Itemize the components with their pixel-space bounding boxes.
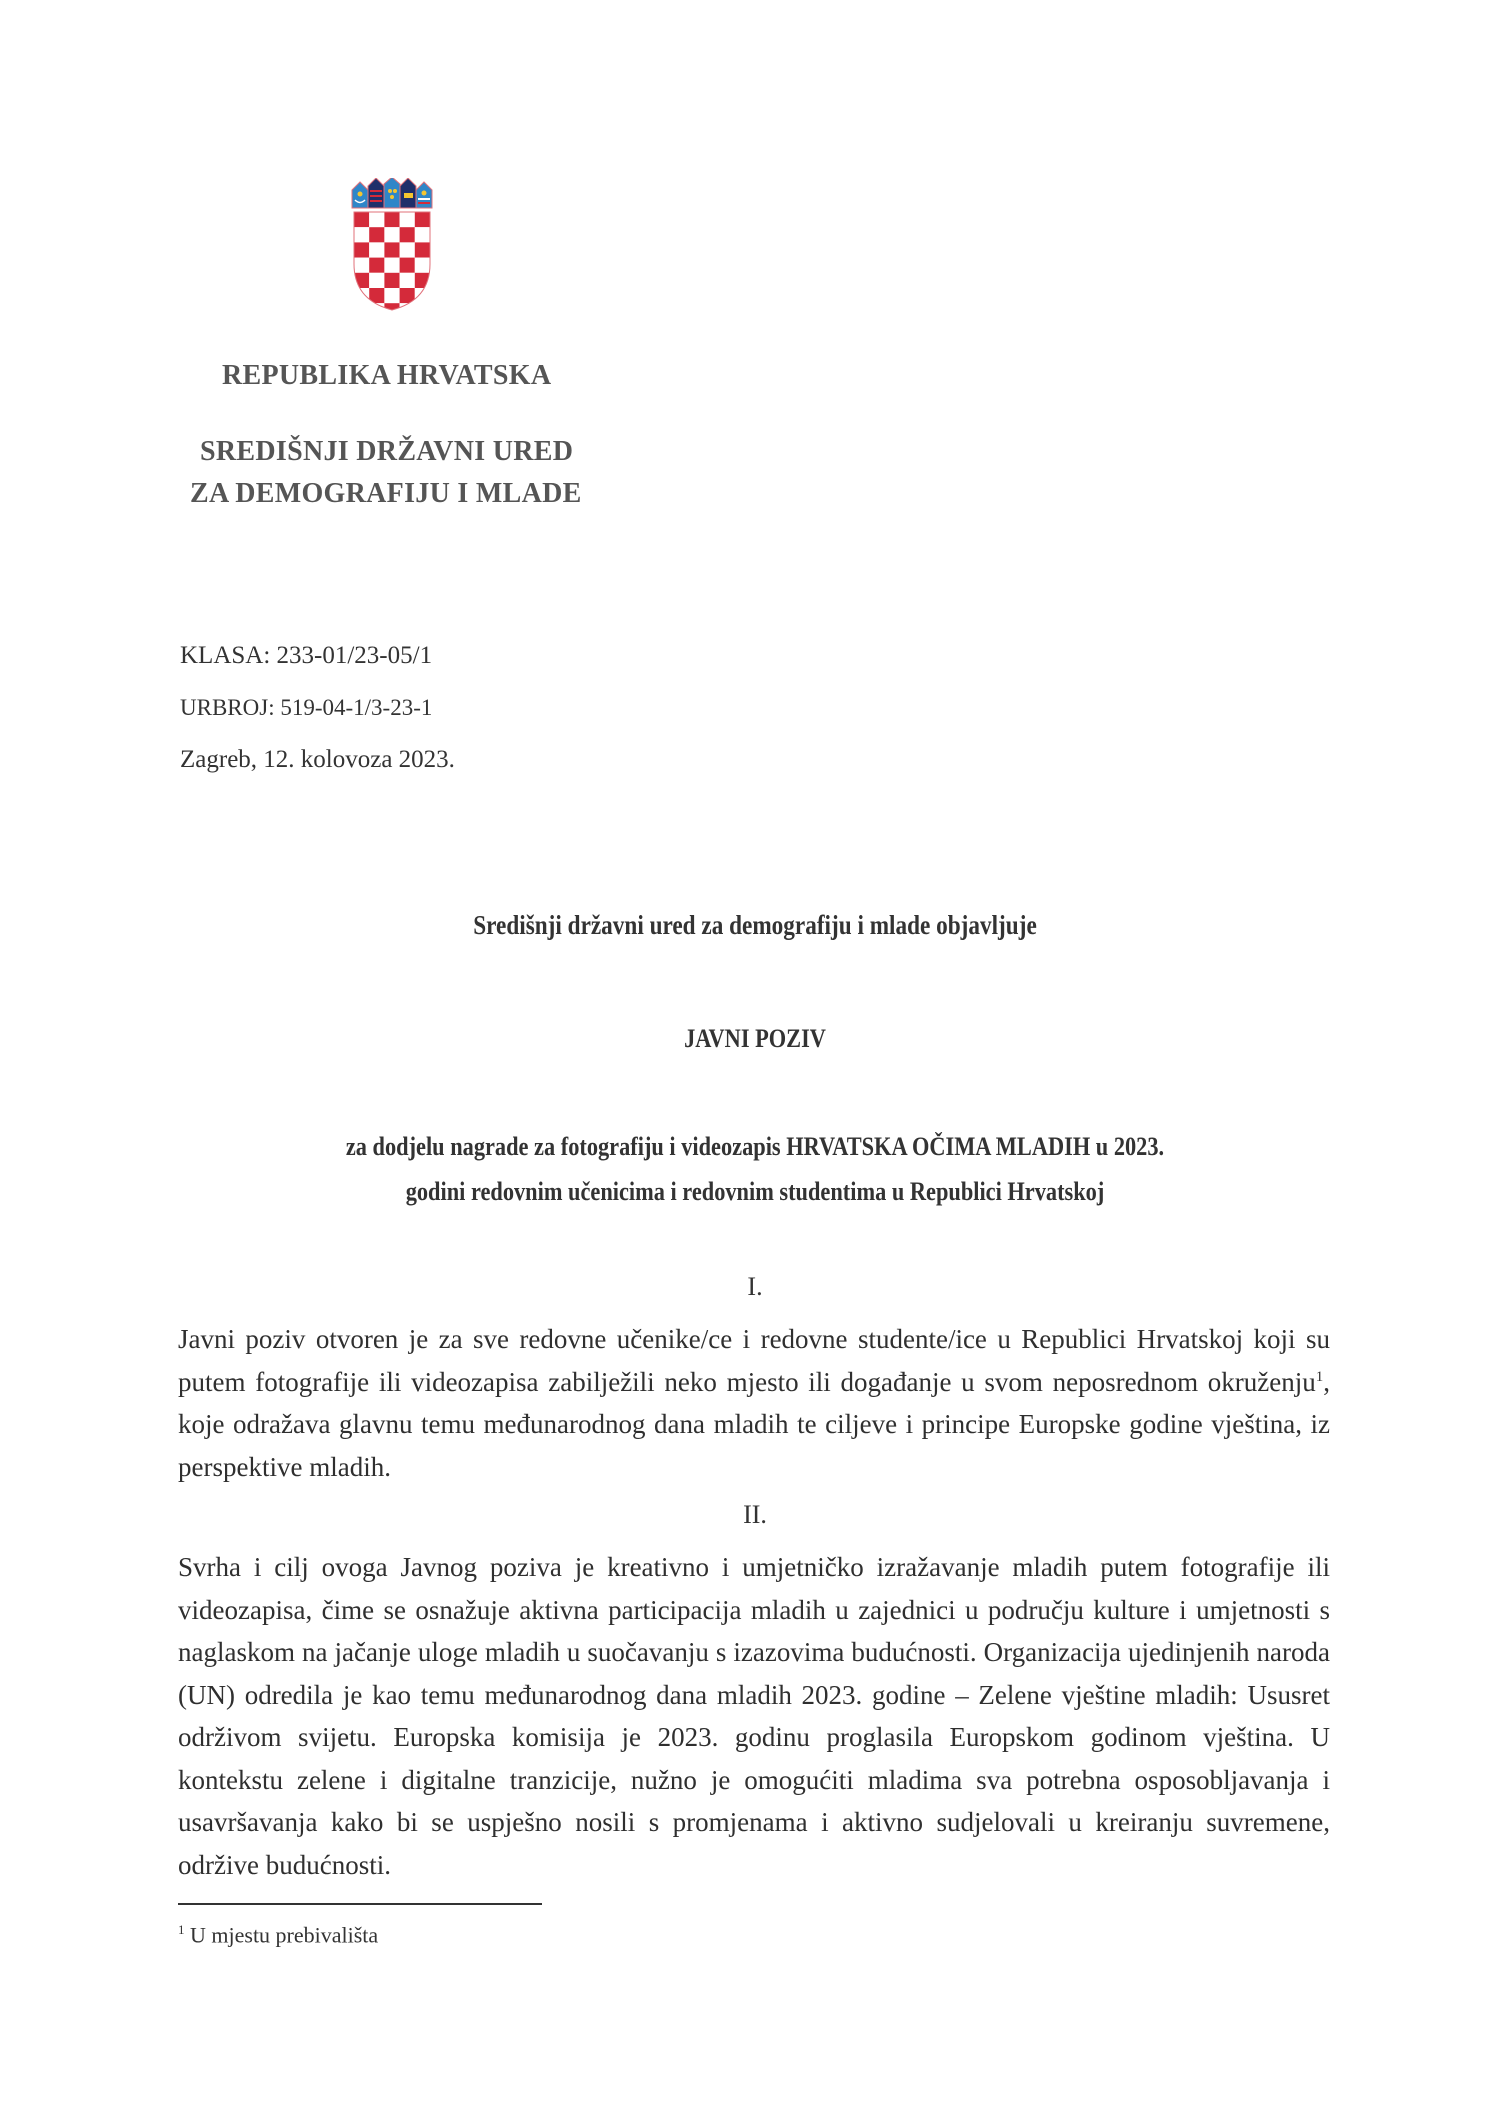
footnote-separator [178, 1903, 542, 1905]
footnote-number: 1 [178, 1922, 185, 1937]
office-name-line1: SREDIŠNJI DRŽAVNI URED [200, 436, 573, 468]
footnote-text: U mjestu prebivališta [190, 1922, 378, 1947]
klasa-reference: KLASA: 233-01/23-05/1 [180, 642, 432, 670]
croatian-coat-of-arms-icon [350, 178, 434, 318]
section-numeral-2: II. [180, 1500, 1330, 1530]
footnote: 1 U mjestu prebivališta [178, 1922, 378, 1948]
office-name-line2: ZA DEMOGRAFIJU I MLADE [190, 478, 582, 510]
section-1-text-part1: Javni poziv otvoren je za sve redovne uč… [178, 1324, 1330, 1397]
intro-line: Središnji državni ured za demografiju i … [261, 910, 1250, 941]
subtitle-line2: godini redovnim učenicima i redovnim stu… [261, 1177, 1250, 1207]
place-and-date: Zagreb, 12. kolovoza 2023. [180, 746, 455, 774]
section-1-text: Javni poziv otvoren je za sve redovne uč… [178, 1318, 1330, 1488]
urbroj-reference: URBROJ: 519-04-1/3-23-1 [180, 695, 432, 721]
section-numeral-1: I. [180, 1272, 1330, 1302]
section-2-text: Svrha i cilj ovoga Javnog poziva je krea… [178, 1546, 1330, 1886]
subtitle-line1: za dodjelu nagrade za fotografiju i vide… [261, 1132, 1250, 1162]
country-name: REPUBLIKA HRVATSKA [222, 360, 551, 392]
document-title: JAVNI POZIV [261, 1024, 1250, 1054]
